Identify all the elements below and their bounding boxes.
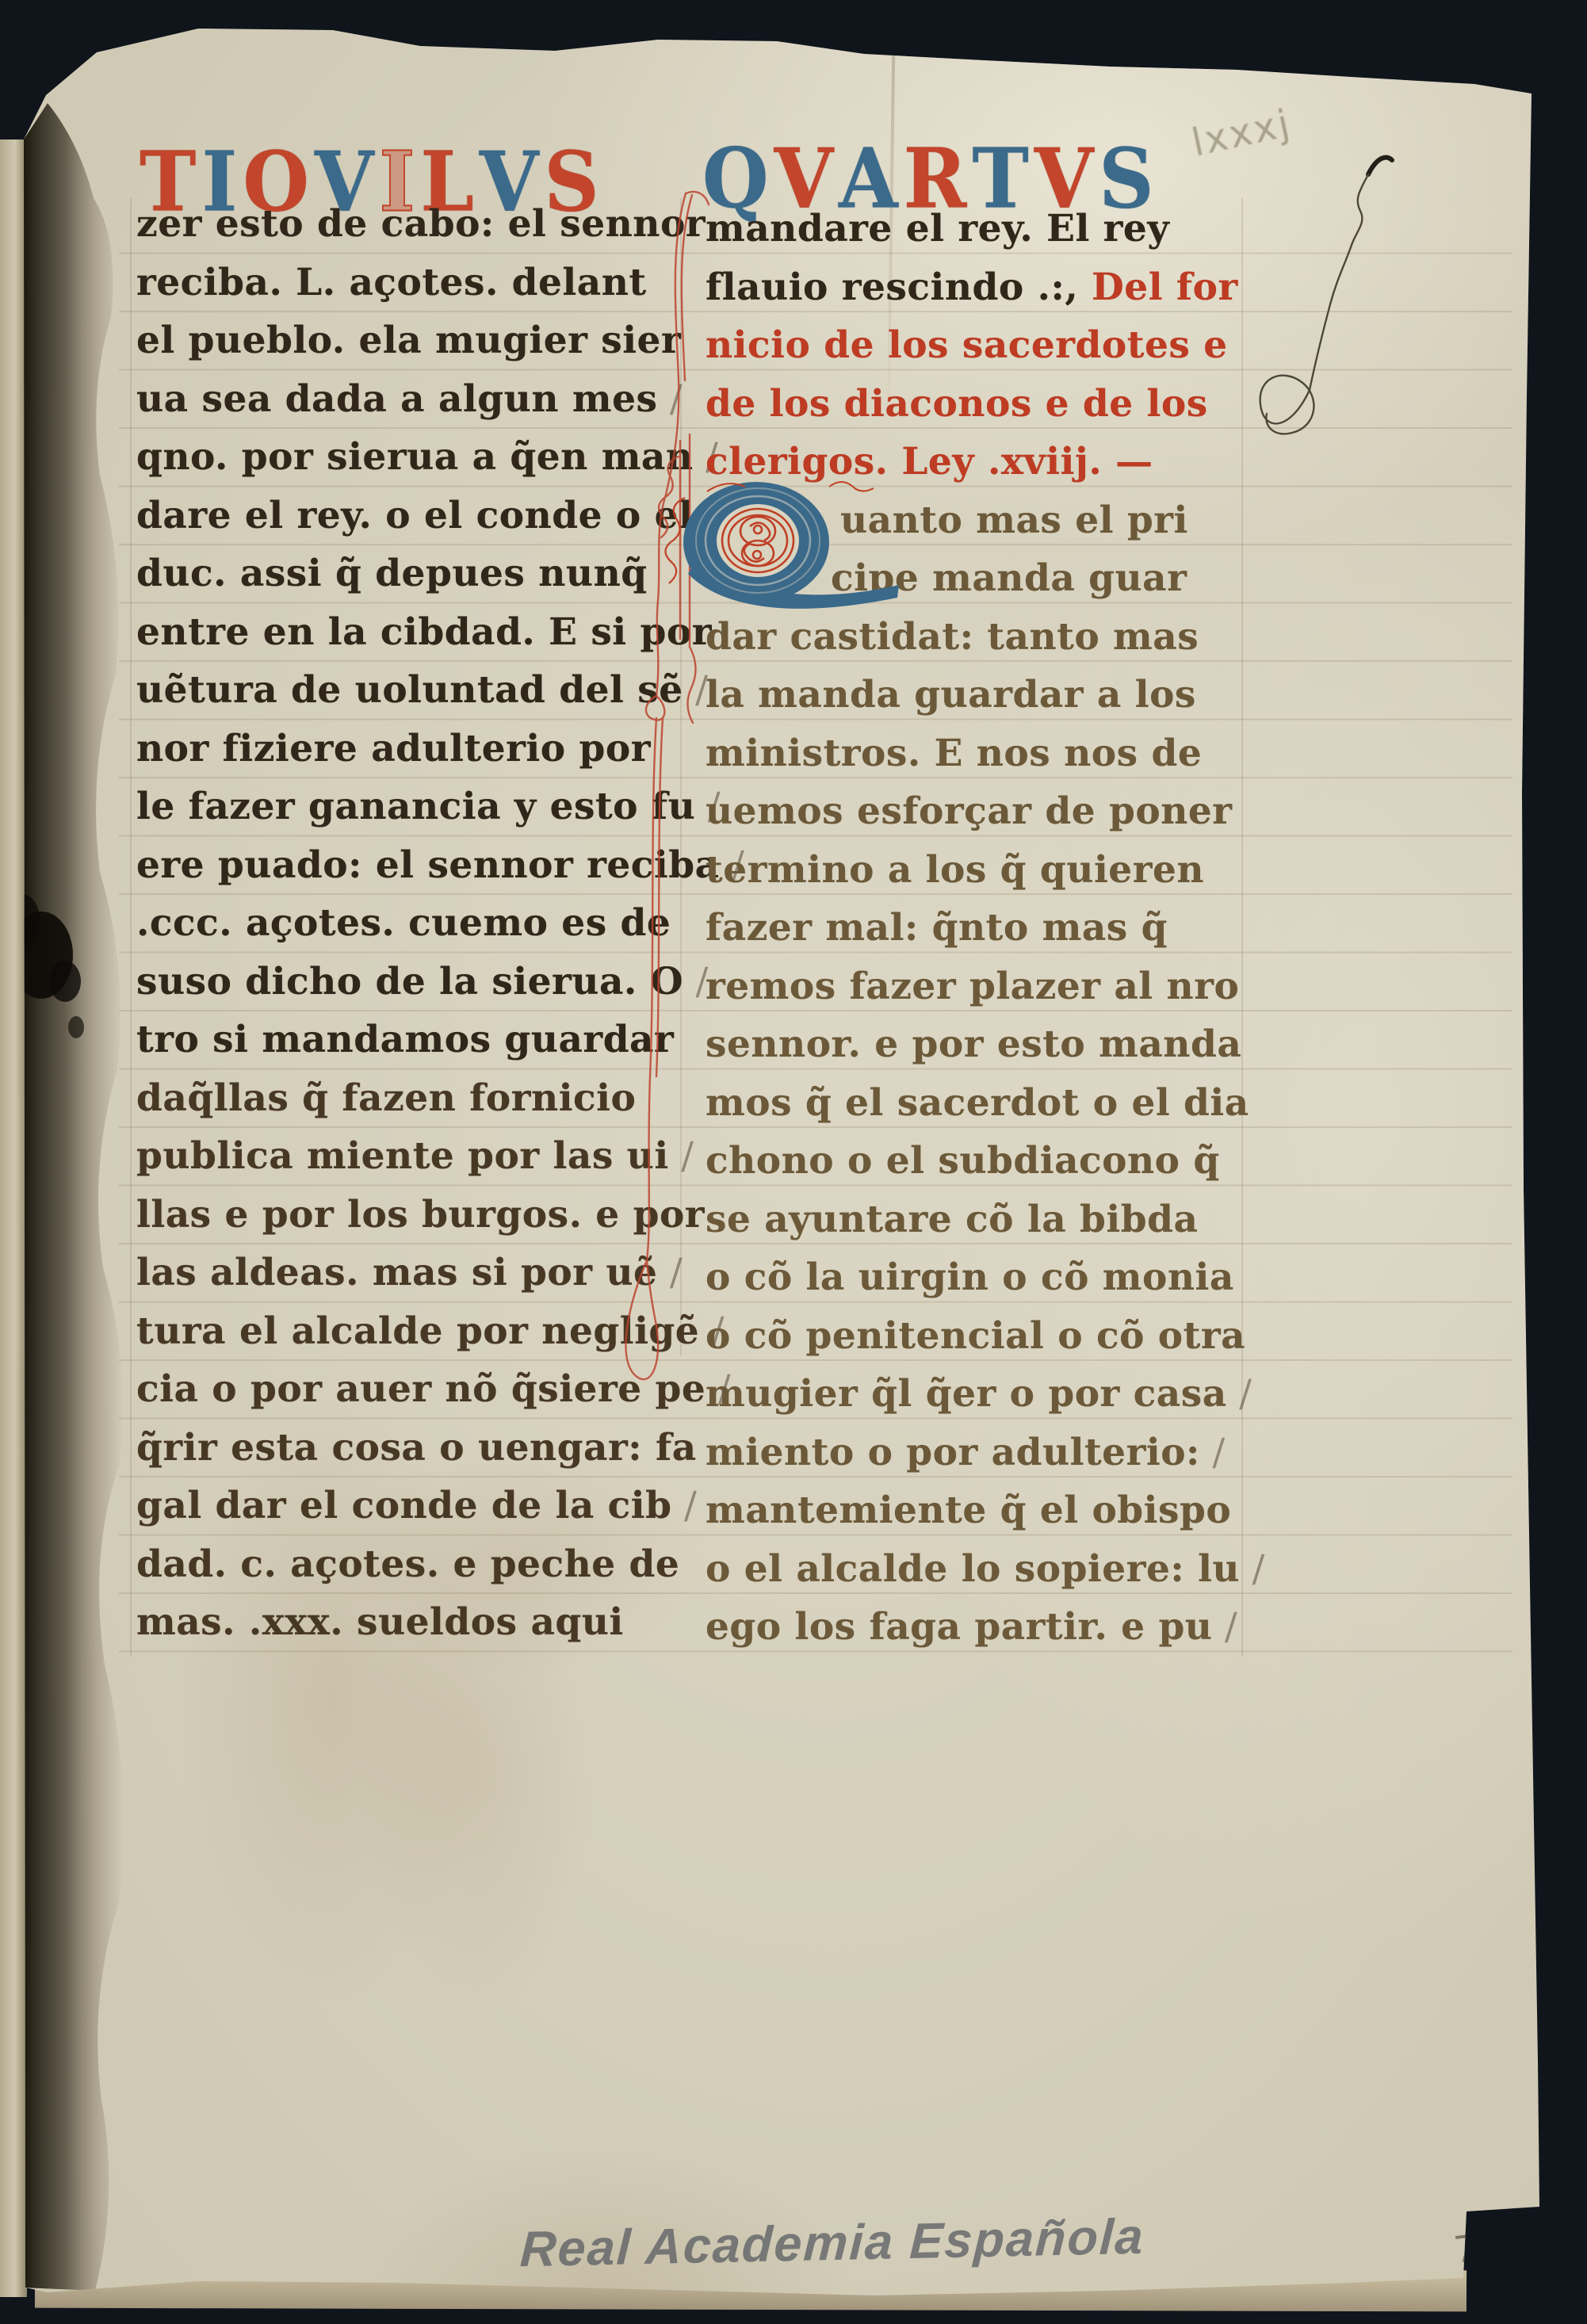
text-segment: flauio rescindo .:, (706, 266, 1092, 309)
text-segment: q̃rir esta cosa o uengar: fa (136, 1426, 697, 1470)
text-segment: ∕ (1212, 1605, 1237, 1649)
manuscript-line: ere puado: el sennor reciba ∕ (136, 836, 661, 895)
text-segment: de los diaconos e de los (706, 382, 1208, 426)
library-watermark: Real Academia Española (442, 2207, 1222, 2280)
manuscript-line: mantemiente q̃ el obispo (706, 1481, 1245, 1540)
text-column-right: mandare el rey. El reyflauio rescindo .:… (706, 200, 1245, 1657)
text-segment: mugier q̃l q̃er o por casa (706, 1372, 1227, 1416)
manuscript-line: daq̃llas q̃ fazen fornicio (136, 1069, 661, 1128)
text-segment: el pueblo. ela mugier sier (136, 319, 681, 362)
text-segment: publica miente por las ui (136, 1134, 669, 1178)
text-segment: dad. c. açotes. e peche de (136, 1542, 679, 1586)
manuscript-line: gal dar el conde de la cib ∕ (136, 1477, 661, 1535)
text-segment: ego los faga partir. e pu (706, 1605, 1212, 1649)
manuscript-line: se ayuntare cõ la bibda (706, 1191, 1245, 1249)
text-segment: ministros. E nos nos de (706, 732, 1202, 775)
column-rule-left (130, 198, 132, 1657)
manuscript-line: suso dicho de la sierua. O ∕ (136, 953, 661, 1011)
manuscript-line: mugier q̃l q̃er o por casa ∕ (706, 1365, 1245, 1424)
manuscript-line: fazer mal: q̃nto mas q̃ (706, 899, 1245, 958)
manuscript-line: mas. .xxx. sueldos aqui (136, 1593, 661, 1652)
folio-number: 77 (1451, 2223, 1509, 2272)
manuscript-line: q̃rir esta cosa o uengar: fa (136, 1419, 661, 1477)
manuscript-line: nicio de los sacerdotes e (706, 316, 1245, 375)
manuscript-line: llas e por los burgos. e por (136, 1186, 661, 1244)
parchment-page: TIOVILVS QVARTVS zer esto de cabo: el se… (0, 0, 1587, 2324)
text-segment: nor fiziere adulterio por (136, 727, 651, 770)
manuscript-line: el pueblo. ela mugier sier (136, 312, 661, 370)
text-column-left: zer esto de cabo: el sennorreciba. L. aç… (136, 195, 661, 1652)
text-segment: suso dicho de la sierua. O (136, 960, 683, 1003)
manuscript-line: las aldeas. mas si por uẽ ∕ (136, 1244, 661, 1302)
manuscript-line: dare el rey. o el conde o el (136, 487, 661, 545)
manuscript-line: duc. assi q̃ depues nunq̃ (136, 545, 661, 603)
manuscript-line: .ccc. açotes. cuemo es de (136, 894, 661, 953)
manuscript-line: le fazer ganancia y esto fu ∕ (136, 778, 661, 836)
text-segment: fazer mal: q̃nto mas q̃ (706, 906, 1168, 950)
text-segment: o cõ penitencial o cõ otra (706, 1314, 1245, 1358)
text-segment: ∕ (672, 1484, 698, 1527)
text-segment: reciba. L. açotes. delant (136, 261, 647, 304)
text-segment: uẽtura de uoluntad del sẽ (136, 668, 683, 712)
text-segment: ua sea dada a algun mes (136, 377, 657, 421)
text-segment: nicio de los sacerdotes e (706, 323, 1228, 367)
manuscript-line: sennor. e por esto manda (706, 1015, 1245, 1074)
manuscript-line: qno. por sierua a q̃en man ∕ (136, 428, 661, 487)
text-segment: sennor. e por esto manda (706, 1022, 1241, 1066)
manuscript-line: o cõ penitencial o cõ otra (706, 1307, 1245, 1366)
text-segment: gal dar el conde de la cib (136, 1484, 672, 1527)
text-segment: ∕ (1227, 1372, 1252, 1416)
red-filigree-flourish (610, 187, 721, 1408)
manuscript-line: uemos esforçar de poner (706, 782, 1245, 841)
text-segment: miento o por adulterio: (706, 1431, 1200, 1474)
manuscript-line: ministros. E nos nos de (706, 724, 1245, 783)
text-segment: ∕ (1200, 1431, 1226, 1474)
text-segment: se ayuntare cõ la bibda (706, 1198, 1198, 1241)
text-segment: dare el rey. o el conde o el (136, 494, 693, 537)
text-segment: daq̃llas q̃ fazen fornicio (136, 1076, 636, 1120)
manuscript-line: publica miente por las ui ∕ (136, 1127, 661, 1186)
manuscript-line: tura el alcalde por negligẽ ∕ (136, 1302, 661, 1361)
manuscript-line: reciba. L. açotes. delant (136, 254, 661, 312)
text-segment: termino a los q̃ quieren (706, 848, 1204, 892)
manuscript-line: o el alcalde lo sopiere: lu ∕ (706, 1540, 1245, 1599)
manuscript-line: de los diaconos e de los (706, 375, 1245, 434)
illuminated-initial-Q (656, 476, 918, 634)
text-segment: mos q̃ el sacerdot o el dia (706, 1081, 1249, 1125)
manuscript-line: flauio rescindo .:, Del for (706, 258, 1245, 317)
text-segment: las aldeas. mas si por uẽ (136, 1251, 657, 1294)
text-segment: chono o el subdiacono q̃ (706, 1139, 1220, 1183)
text-segment: tro si mandamos guardar (136, 1018, 674, 1061)
page-edge-sliver (0, 140, 27, 2297)
manuscript-line: nor fiziere adulterio por (136, 720, 661, 778)
text-segment: la manda guardar a los (706, 673, 1196, 717)
manuscript-line: ua sea dada a algun mes ∕ (136, 370, 661, 429)
text-segment: duc. assi q̃ depues nunq̃ (136, 552, 648, 595)
text-segment: mandare el rey. El rey (706, 207, 1169, 250)
text-segment: o cõ la uirgin o cõ monia (706, 1256, 1234, 1299)
text-segment: o el alcalde lo sopiere: lu (706, 1547, 1240, 1591)
manuscript-line: dad. c. açotes. e peche de (136, 1535, 661, 1594)
manuscript-line: chono o el subdiacono q̃ (706, 1132, 1245, 1191)
manuscript-line: miento o por adulterio: ∕ (706, 1424, 1245, 1482)
margin-pen-flourish (1241, 152, 1408, 469)
manuscript-line: mandare el rey. El rey (706, 200, 1245, 258)
manuscript-line: tro si mandamos guardar (136, 1011, 661, 1069)
text-segment: mas. .xxx. sueldos aqui (136, 1600, 624, 1644)
text-segment: remos fazer plazer al nro (706, 965, 1239, 1008)
manuscript-line: cia o por auer nõ q̃siere pe ∕ (136, 1360, 661, 1419)
manuscript-line: zer esto de cabo: el sennor (136, 195, 661, 254)
manuscript-photo: TIOVILVS QVARTVS zer esto de cabo: el se… (0, 0, 1587, 2324)
manuscript-line: remos fazer plazer al nro (706, 958, 1245, 1016)
manuscript-line: termino a los q̃ quieren (706, 841, 1245, 900)
manuscript-line: o cõ la uirgin o cõ monia (706, 1248, 1245, 1307)
manuscript-line: mos q̃ el sacerdot o el dia (706, 1074, 1245, 1133)
manuscript-line: uẽtura de uoluntad del sẽ ∕ (136, 661, 661, 720)
text-segment: .ccc. açotes. cuemo es de (136, 901, 671, 945)
text-segment: Del for (1092, 266, 1238, 309)
text-segment: ∕ (1240, 1547, 1265, 1591)
manuscript-line: ego los faga partir. e pu ∕ (706, 1598, 1245, 1657)
text-segment: uemos esforçar de poner (706, 789, 1233, 833)
manuscript-line: la manda guardar a los (706, 666, 1245, 724)
text-segment: mantemiente q̃ el obispo (706, 1489, 1231, 1532)
manuscript-line: entre en la cibdad. E si por (136, 603, 661, 662)
